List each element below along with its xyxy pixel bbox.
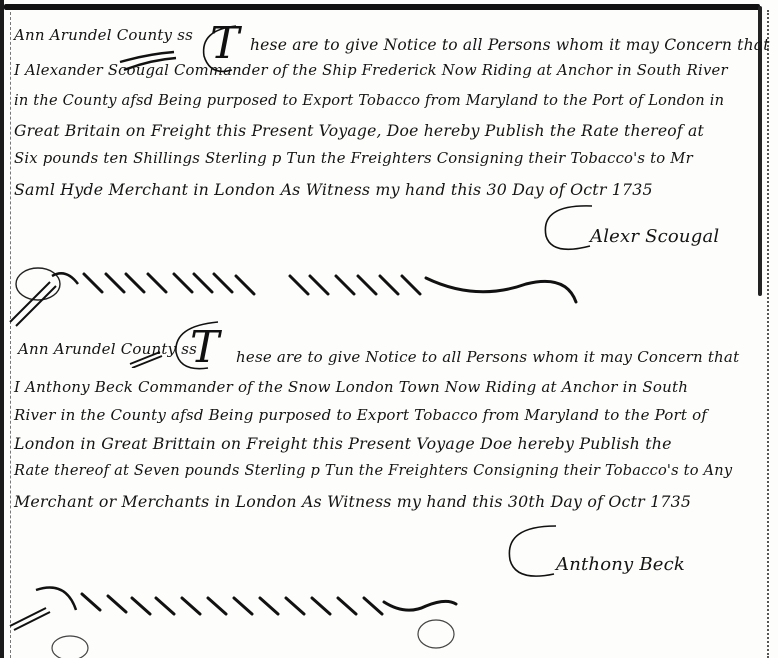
notice-2-line-6: Merchant or Merchants in London As Witne… — [14, 492, 691, 511]
notice-1-line-3: in the County afsd Being purposed to Exp… — [14, 92, 724, 109]
notice-2-line-5: Rate thereof at Seven pounds Sterling p … — [14, 462, 732, 479]
notice-1-county-heading: Ann Arundel County ss — [14, 26, 193, 44]
notice-1-line-5: Six pounds ten Shillings Sterling p Tun … — [14, 150, 693, 167]
notice-2-line-3: River in the County afsd Being purposed … — [14, 406, 707, 424]
initial-swash-icon — [168, 316, 228, 376]
notice-1-line-2: I Alexander Scougal Commander of the Shi… — [14, 62, 728, 79]
document-scan: Ann Arundel County ss T hese are to give… — [0, 0, 778, 658]
divider-flourish-icon — [6, 262, 746, 342]
page-border-left — [0, 0, 4, 658]
notice-2-line-4: London in Great Brittain on Freight this… — [14, 434, 672, 453]
notice-1-line-4: Great Britain on Freight this Present Vo… — [14, 122, 704, 140]
notice-1-line-6: Saml Hyde Merchant in London As Witness … — [14, 180, 653, 199]
notice-1-signature: Alexr Scougal — [590, 226, 719, 247]
divider-flourish-icon — [6, 572, 746, 658]
notice-2-line-2: I Anthony Beck Commander of the Snow Lon… — [14, 378, 688, 396]
county-flourish-icon — [128, 344, 164, 368]
notice-1-line-1: hese are to give Notice to all Persons w… — [250, 36, 770, 54]
page-gutter — [767, 10, 771, 658]
page-border-top — [4, 4, 760, 10]
signature-swash-icon — [530, 200, 600, 260]
notice-2-line-1: hese are to give Notice to all Persons w… — [236, 348, 739, 366]
